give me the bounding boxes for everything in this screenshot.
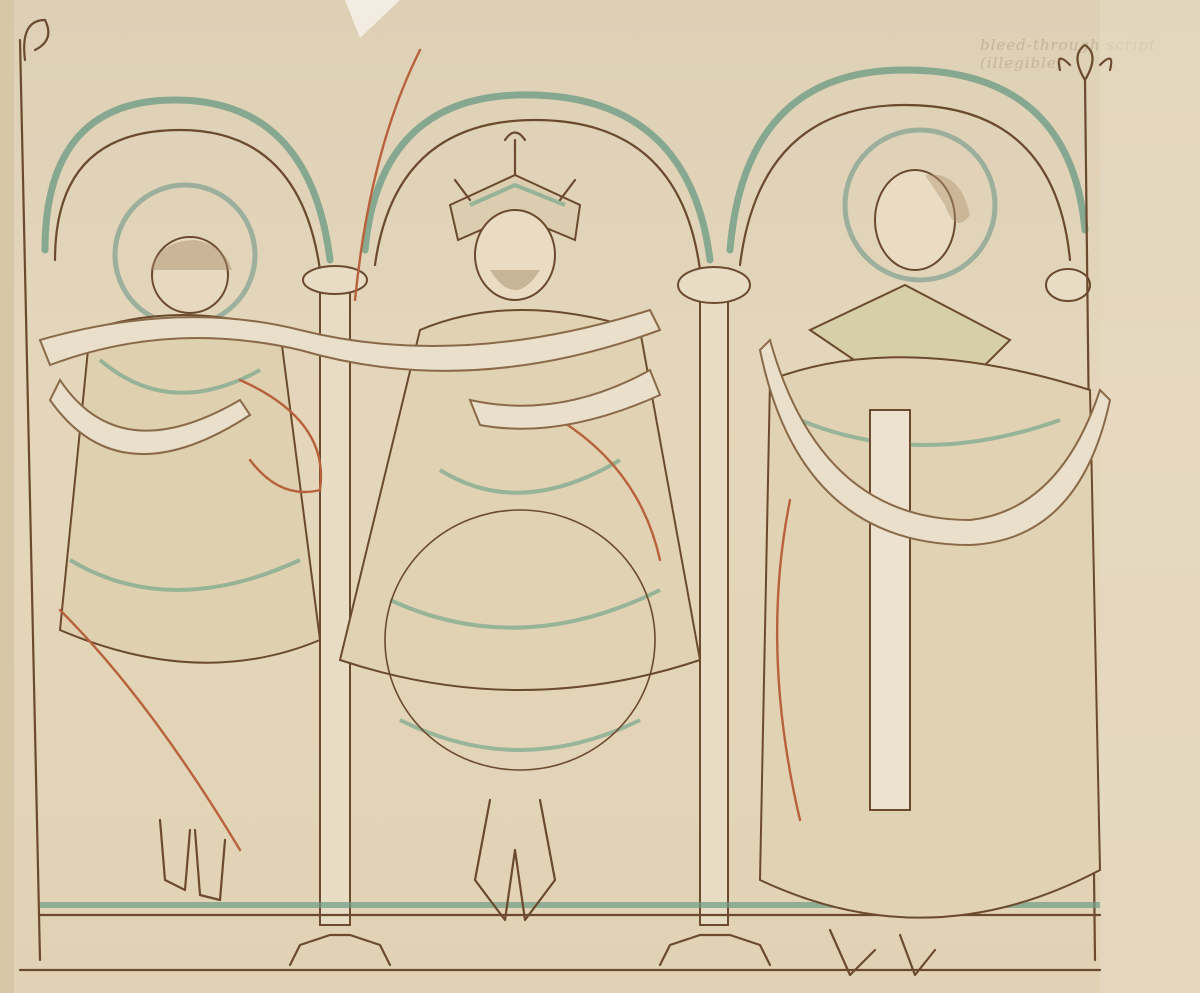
manuscript-illustration: bleed-through script (illegible) (0, 0, 1200, 993)
drawing (0, 0, 1200, 993)
